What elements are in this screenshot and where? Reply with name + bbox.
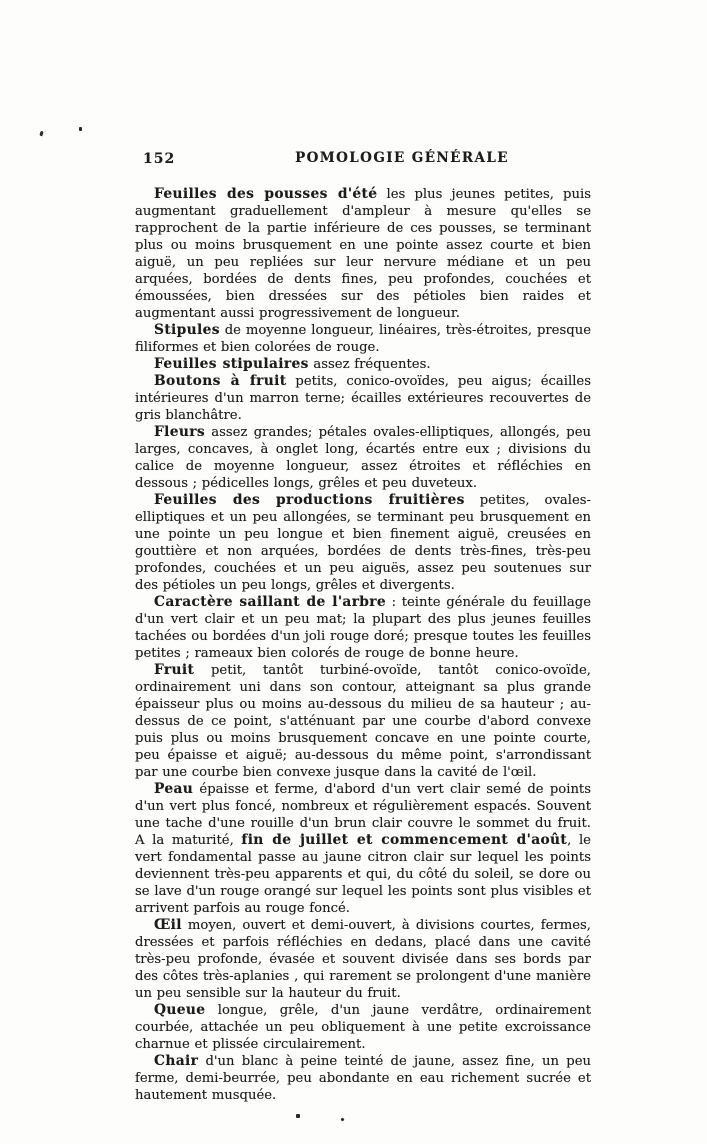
paragraph: Feuilles des productions fruitières peti… — [135, 492, 591, 594]
scan-speck — [296, 1114, 300, 1118]
page-number: 152 — [143, 151, 175, 167]
paragraph-lead: Feuilles des productions fruitières — [154, 492, 465, 508]
paragraph-text: moyen, ouvert et demi-ouvert, à division… — [135, 918, 591, 1001]
paragraph-lead: Feuilles stipulaires — [154, 356, 309, 372]
paragraph-lead: Caractère saillant de l'arbre — [154, 594, 386, 610]
book-page: 152 POMOLOGIE GÉNÉRALE Feuilles des pous… — [0, 0, 707, 1144]
paragraph: Fleurs assez grandes; pétales ovales-ell… — [135, 424, 591, 492]
paragraph-lead: Chair — [154, 1053, 198, 1069]
paragraph-lead: Boutons à fruit — [154, 373, 286, 389]
paragraph-lead: Feuilles des pousses d'été — [154, 186, 377, 202]
paragraph-lead: Fruit — [154, 662, 194, 678]
paragraph-text: les plus jeunes petites, puis augmentant… — [135, 187, 591, 321]
paragraph-text: d'un blanc à peine teinté de jaune, asse… — [135, 1054, 591, 1103]
paragraph-text: assez fréquentes. — [309, 357, 431, 372]
paragraph: Feuilles stipulaires assez fréquentes. — [135, 356, 591, 373]
paragraph-lead: Œil — [154, 917, 182, 933]
paragraph: Peau épaisse et ferme, d'abord d'un vert… — [135, 781, 591, 917]
page-content: 152 POMOLOGIE GÉNÉRALE Feuilles des pous… — [135, 150, 591, 1104]
paragraph: Caractère saillant de l'arbre : teinte g… — [135, 594, 591, 662]
scan-speck — [79, 127, 82, 131]
running-title: POMOLOGIE GÉNÉRALE — [135, 150, 591, 166]
paragraph-text: petites, ovales-elliptiques et un peu al… — [135, 493, 591, 593]
paragraph-lead: Queue — [154, 1002, 205, 1018]
scan-speck — [340, 1117, 344, 1121]
scan-speck — [39, 131, 43, 137]
paragraph-lead: fin de juillet et commencement d'août — [241, 832, 567, 848]
paragraph-lead: Fleurs — [154, 424, 205, 440]
paragraph-text: petit, tantôt turbiné-ovoïde, tantôt con… — [135, 663, 591, 780]
paragraph: Fruit petit, tantôt turbiné-ovoïde, tant… — [135, 662, 591, 781]
paragraph: Chair d'un blanc à peine teinté de jaune… — [135, 1053, 591, 1104]
paragraph: Queue longue, grêle, d'un jaune verdâtre… — [135, 1002, 591, 1053]
paragraph: Stipules de moyenne longueur, linéaires,… — [135, 322, 591, 356]
text-block: Feuilles des pousses d'été les plus jeun… — [135, 186, 591, 1104]
paragraph-lead: Stipules — [154, 322, 220, 338]
paragraph-lead: Peau — [154, 781, 193, 797]
paragraph: Œil moyen, ouvert et demi-ouvert, à divi… — [135, 917, 591, 1002]
page-header: 152 POMOLOGIE GÉNÉRALE — [135, 150, 591, 172]
paragraph: Boutons à fruit petits, conico-ovoïdes, … — [135, 373, 591, 424]
paragraph: Feuilles des pousses d'été les plus jeun… — [135, 186, 591, 322]
